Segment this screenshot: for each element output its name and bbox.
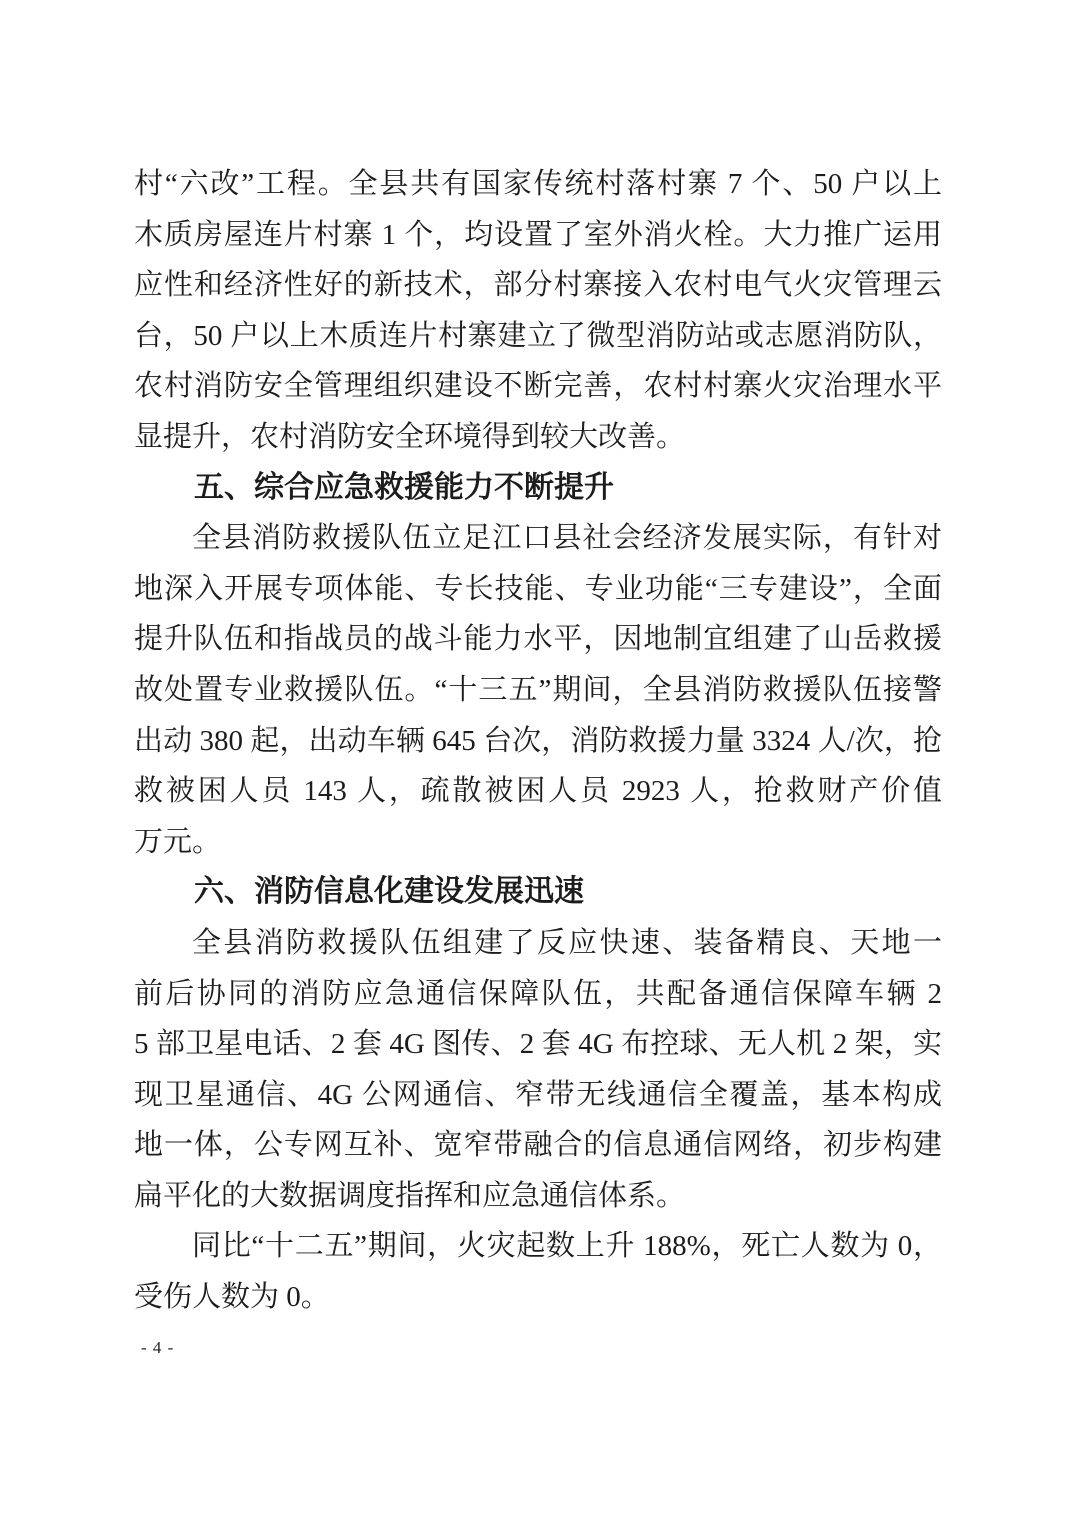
text-line: 应性和经济性好的新技术，部分村寨接入农村电气火灾管理云平 [134, 260, 942, 311]
text-line: 故处置专业救援队伍。“十三五”期间，全县消防救援队伍接警 [134, 665, 942, 716]
text-line: 显提升，农村消防安全环境得到较大改善。 [134, 412, 942, 463]
text-line: 前后协同的消防应急通信保障队伍，共配备通信保障车辆 2 台、 [134, 969, 942, 1020]
document-page: 村“六改”工程。全县共有国家传统村落村寨 7 个、50 户以上木质房屋连片村寨 … [0, 0, 1074, 1520]
text-line: 现卫星通信、4G 公网通信、窄带无线通信全覆盖，基本构成天、 [134, 1070, 942, 1121]
text-line: 5 部卫星电话、2 套 4G 图传、2 套 4G 布控球、无人机 2 架，实 [134, 1019, 942, 1070]
section-heading: 五、综合应急救援能力不断提升 [134, 463, 942, 514]
text-line: 救被困人员 143 人，疏散被困人员 2923 人，抢救财产价值 11369.2 [134, 766, 942, 817]
text-line: 全县消防救援队伍立足江口县社会经济发展实际，有针对性 [134, 513, 942, 564]
text-line: 出动 380 起，出动车辆 645 台次，消防救援力量 3324 人/次，抢 [134, 716, 942, 767]
text-line: 全县消防救援队伍组建了反应快速、装备精良、天地一体、 [134, 918, 942, 969]
text-line: 农村消防安全管理组织建设不断完善，农村村寨火灾治理水平明 [134, 361, 942, 412]
page-number: - 4 - [141, 1338, 174, 1358]
text-line: 扁平化的大数据调度指挥和应急通信体系。 [134, 1171, 942, 1222]
text-line: 地深入开展专项体能、专长技能、专业功能“三专建设”，全面 [134, 564, 942, 615]
text-line: 受伤人数为 0。 [134, 1272, 942, 1323]
document-content: 村“六改”工程。全县共有国家传统村落村寨 7 个、50 户以上木质房屋连片村寨 … [134, 159, 942, 1323]
text-line: 木质房屋连片村寨 1 个，均设置了室外消火栓。大力推广运用适 [134, 210, 942, 261]
text-line: 万元。 [134, 817, 942, 868]
text-line: 同比“十二五”期间，火灾起数上升 188%，死亡人数为 0， [134, 1221, 942, 1272]
text-line: 提升队伍和指战员的战斗能力水平，因地制宜组建了山岳救援事 [134, 614, 942, 665]
text-line: 台，50 户以上木质连片村寨建立了微型消防站或志愿消防队， [134, 311, 942, 362]
text-line: 村“六改”工程。全县共有国家传统村落村寨 7 个、50 户以上 [134, 159, 942, 210]
text-line: 地一体，公专网互补、宽窄带融合的信息通信网络，初步构建了 [134, 1120, 942, 1171]
section-heading: 六、消防信息化建设发展迅速 [134, 867, 942, 918]
